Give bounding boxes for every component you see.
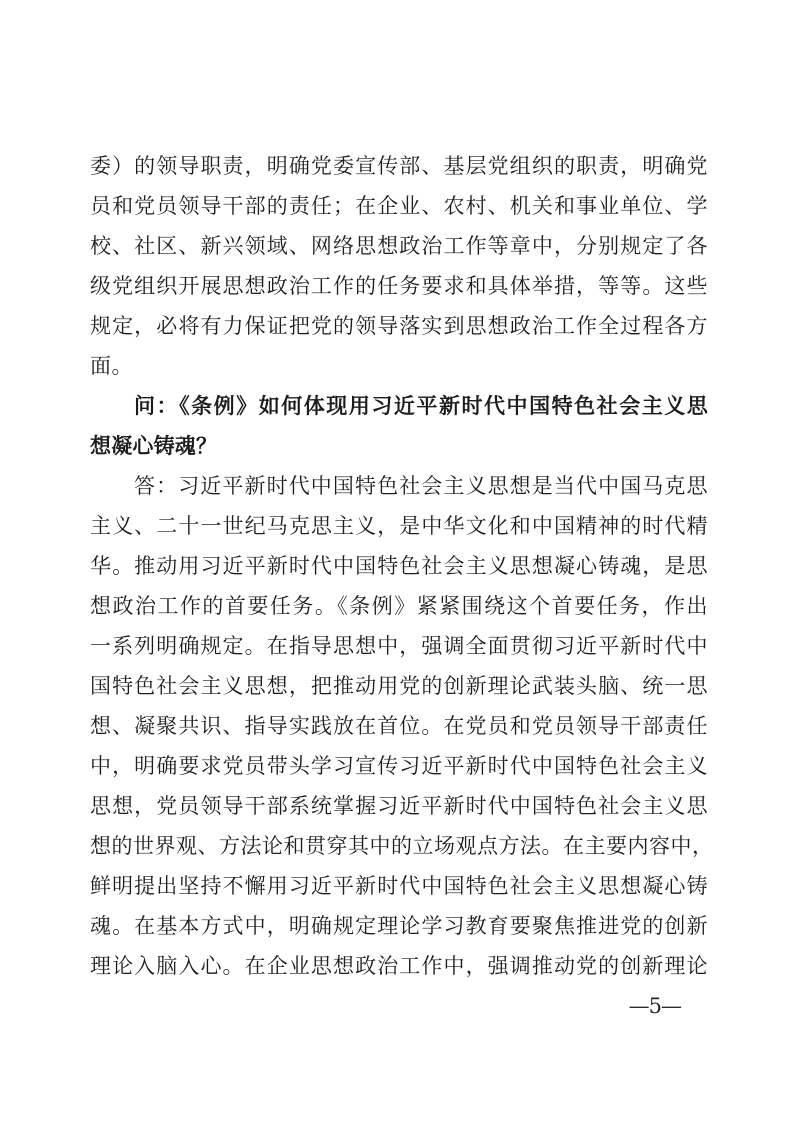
text-line: 委）的领导职责，明确党委宣传部、基层党组织的职责，明确党	[90, 146, 708, 186]
text-line: 中，明确要求党员带头学习宣传习近平新时代中国特色社会主义	[90, 746, 708, 786]
text-line: 级党组织开展思想政治工作的任务要求和具体举措，等等。这些	[90, 266, 708, 306]
text-line: 答：习近平新时代中国特色社会主义思想是当代中国马克思	[90, 466, 708, 506]
page-number: —5—	[629, 992, 681, 1020]
text-line: 想凝心铸魂？	[90, 426, 708, 466]
text-line: 想、凝聚共识、指导实践放在首位。在党员和党员领导干部责任	[90, 706, 708, 746]
text-line: 面。	[90, 346, 708, 386]
body-paragraph-continued: 委）的领导职责，明确党委宣传部、基层党组织的职责，明确党员和党员领导干部的责任；…	[90, 146, 708, 386]
answer-paragraph: 答：习近平新时代中国特色社会主义思想是当代中国马克思主义、二十一世纪马克思主义，…	[90, 466, 708, 986]
text-line: 想的世界观、方法论和贯穿其中的立场观点方法。在主要内容中，	[90, 826, 708, 866]
text-line: 校、社区、新兴领域、网络思想政治工作等章中，分别规定了各	[90, 226, 708, 266]
question-paragraph: 问：《条例》如何体现用习近平新时代中国特色社会主义思想凝心铸魂？	[90, 386, 708, 466]
text-line: 华。推动用习近平新时代中国特色社会主义思想凝心铸魂，是思	[90, 546, 708, 586]
text-line: 主义、二十一世纪马克思主义，是中华文化和中国精神的时代精	[90, 506, 708, 546]
document-page: 委）的领导职责，明确党委宣传部、基层党组织的职责，明确党员和党员领导干部的责任；…	[0, 0, 793, 1122]
text-line: 问：《条例》如何体现用习近平新时代中国特色社会主义思	[90, 386, 708, 426]
document-body: 委）的领导职责，明确党委宣传部、基层党组织的职责，明确党员和党员领导干部的责任；…	[90, 146, 708, 986]
text-line: 思想，党员领导干部系统掌握习近平新时代中国特色社会主义思	[90, 786, 708, 826]
text-line: 国特色社会主义思想，把推动用党的创新理论武装头脑、统一思	[90, 666, 708, 706]
text-line: 一系列明确规定。在指导思想中，强调全面贯彻习近平新时代中	[90, 626, 708, 666]
text-line: 鲜明提出坚持不懈用习近平新时代中国特色社会主义思想凝心铸	[90, 866, 708, 906]
text-line: 想政治工作的首要任务。《条例》紧紧围绕这个首要任务，作出	[90, 586, 708, 626]
text-line: 魂。在基本方式中，明确规定理论学习教育要聚焦推进党的创新	[90, 906, 708, 946]
text-line: 员和党员领导干部的责任；在企业、农村、机关和事业单位、学	[90, 186, 708, 226]
text-line: 理论入脑入心。在企业思想政治工作中，强调推动党的创新理论	[90, 946, 708, 986]
text-line: 规定，必将有力保证把党的领导落实到思想政治工作全过程各方	[90, 306, 708, 346]
